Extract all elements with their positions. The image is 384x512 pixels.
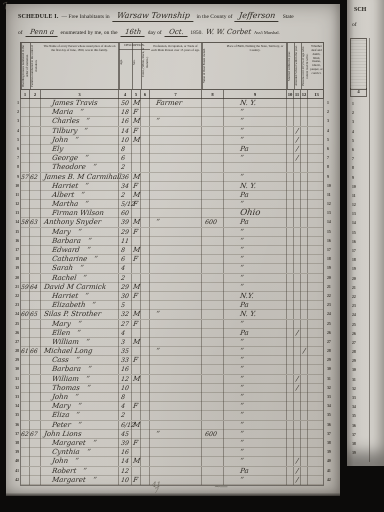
- cell-age: 16: [119, 117, 132, 126]
- table-row: Martha”5/12F”: [21, 200, 323, 209]
- handwritten-entry: ”: [92, 163, 97, 172]
- cell-remarks: [308, 127, 325, 136]
- cell-color: [141, 310, 150, 319]
- handwritten-entry: ”: [239, 274, 244, 283]
- handwritten-entry: M: [132, 117, 140, 126]
- handwritten-entry: Tilbury: [51, 127, 78, 136]
- handwritten-entry: ”: [239, 338, 244, 347]
- cell-dwelling: [21, 476, 30, 485]
- cell-name: Harriet”: [41, 292, 119, 301]
- table-row: Margaret”10F”/: [21, 476, 323, 485]
- handwritten-entry: John Lions: [43, 430, 82, 439]
- handwritten-entry: ”: [77, 421, 82, 430]
- handwritten-entry: ”: [80, 108, 85, 117]
- cell-occupation: [150, 375, 202, 384]
- cell-family: [30, 191, 41, 200]
- cell-real-estate: [202, 264, 224, 273]
- cell-occupation: [150, 439, 202, 448]
- cell-married: [287, 218, 294, 227]
- cell-age: 5/12: [119, 200, 132, 209]
- cell-remarks: [308, 237, 325, 246]
- handwritten-entry: /: [295, 127, 298, 136]
- cell-married: [287, 255, 294, 264]
- cell-dwelling: [21, 402, 30, 411]
- line-number: 14: [327, 218, 338, 227]
- handwritten-entry: 10: [120, 384, 129, 393]
- cell-family: [30, 127, 41, 136]
- cell-cannot-read: [301, 320, 308, 329]
- cell-sex: F: [132, 356, 141, 365]
- handwritten-entry: N. Y.: [239, 182, 256, 191]
- column-number-4: 4: [119, 90, 132, 99]
- cell-remarks: [308, 411, 325, 420]
- column-number-13: 13: [308, 90, 325, 99]
- cell-attended-school: /: [294, 384, 301, 393]
- cell-family: 65: [30, 310, 41, 319]
- cell-sex: [132, 237, 141, 246]
- line-number: 39: [352, 449, 363, 458]
- cell-sex: [132, 467, 141, 476]
- cell-married: [287, 365, 294, 374]
- cell-color: [141, 329, 150, 338]
- cell-age: 29: [119, 228, 132, 237]
- cell-name: John”: [41, 136, 119, 145]
- handwritten-entry: Pa: [239, 218, 249, 227]
- line-number: 4: [327, 127, 338, 136]
- table-row: Cynthia”16”: [21, 448, 323, 457]
- census-table: DESCRIPTION. Dwelling-houses numbered in…: [20, 42, 324, 486]
- line-number: 12: [8, 200, 19, 209]
- handwritten-entry: 4: [120, 264, 125, 273]
- cell-sex: M: [132, 375, 141, 384]
- line-number: 3: [352, 118, 363, 127]
- handwritten-entry: F: [132, 108, 138, 117]
- cell-birthplace: [224, 163, 287, 172]
- table-row: Theodore”2: [21, 163, 323, 172]
- handwritten-entry: ”: [239, 127, 244, 136]
- cell-sex: F: [132, 255, 141, 264]
- table-row: Elizabeth”5Pa: [21, 301, 323, 310]
- cell-birthplace: ”: [224, 136, 287, 145]
- cell-age: 34: [119, 182, 132, 191]
- cell-occupation: [150, 255, 202, 264]
- line-number: 10: [352, 183, 363, 192]
- line-number: 17: [8, 246, 19, 255]
- cell-birthplace: ”: [224, 448, 287, 457]
- handwritten-entry: ”: [155, 310, 160, 319]
- handwritten-entry: ”: [239, 246, 244, 255]
- handwritten-entry: ”: [85, 375, 90, 384]
- cell-sex: M: [132, 246, 141, 255]
- cell-birthplace: Pa: [224, 218, 287, 227]
- table-row: Thomas”10”/: [21, 384, 323, 393]
- cell-married: [287, 448, 294, 457]
- cell-real-estate: [202, 191, 224, 200]
- handwritten-entry: 27: [120, 320, 129, 329]
- handwritten-entry: John: [51, 136, 68, 145]
- cell-sex: [132, 274, 141, 283]
- cell-color: [141, 99, 150, 108]
- cell-name: Firman Wilson: [41, 209, 119, 218]
- cell-name: James Travis: [41, 99, 119, 108]
- handwritten-entry: Pa: [239, 467, 249, 476]
- handwritten-entry: ”: [239, 356, 244, 365]
- handwritten-entry: 34: [120, 182, 129, 191]
- cell-real-estate: [202, 200, 224, 209]
- cell-remarks: [308, 457, 325, 466]
- cell-dwelling: [21, 191, 30, 200]
- cell-cannot-read: [301, 411, 308, 420]
- line-number: 22: [8, 292, 19, 301]
- cell-occupation: [150, 108, 202, 117]
- cell-dwelling: [21, 274, 30, 283]
- cell-name: Tilbury”: [41, 127, 119, 136]
- cell-occupation: [150, 457, 202, 466]
- cell-family: 64: [30, 283, 41, 292]
- cell-cannot-read: [301, 99, 308, 108]
- cell-name: William”: [41, 375, 119, 384]
- cell-cannot-read: [301, 209, 308, 218]
- cell-family: [30, 301, 41, 310]
- cell-age: 33: [119, 356, 132, 365]
- handwritten-entry: ”: [239, 393, 244, 402]
- handwritten-entry: 10: [120, 136, 129, 145]
- line-number: 29: [327, 356, 338, 365]
- cell-dwelling: [21, 136, 30, 145]
- cell-real-estate: [202, 237, 224, 246]
- handwritten-entry: William: [51, 375, 79, 384]
- cell-dwelling: [21, 99, 30, 108]
- handwritten-entry: ”: [75, 356, 80, 365]
- cell-dwelling: [21, 338, 30, 347]
- cell-married: [287, 356, 294, 365]
- cell-real-estate: [202, 393, 224, 402]
- cell-name: Edward”: [41, 246, 119, 255]
- handwritten-entry: 63: [29, 218, 38, 227]
- column-number-row: 12345678910111213: [20, 90, 324, 99]
- line-number: 28: [352, 348, 363, 357]
- cell-sex: F: [132, 127, 141, 136]
- handwritten-entry: /: [295, 136, 298, 145]
- cell-married: [287, 384, 294, 393]
- line-number: 33: [352, 394, 363, 403]
- cell-attended-school: /: [294, 476, 301, 485]
- handwritten-entry: William: [51, 338, 79, 347]
- cell-sex: [132, 411, 141, 420]
- cell-remarks: [308, 338, 325, 347]
- cell-occupation: ”: [150, 218, 202, 227]
- cell-color: [141, 218, 150, 227]
- cell-dwelling: [21, 356, 30, 365]
- line-number: 9: [352, 174, 363, 183]
- line-number: 24: [327, 310, 338, 319]
- cell-married: [287, 329, 294, 338]
- table-row: James Travis50MFarmerN. Y.: [21, 99, 323, 108]
- handwritten-entry: ”: [85, 338, 90, 347]
- handwritten-entry: M: [132, 191, 140, 200]
- line-number: 38: [8, 439, 19, 448]
- handwritten-entry: M: [132, 421, 140, 430]
- line-number: 24: [8, 310, 19, 319]
- cell-name: Barbara”: [41, 237, 119, 246]
- cell-color: [141, 301, 150, 310]
- cell-remarks: [308, 365, 325, 374]
- cell-birthplace: ”: [224, 347, 287, 356]
- handwritten-entry: F: [132, 127, 138, 136]
- cell-color: [141, 448, 150, 457]
- handwritten-entry: /: [295, 467, 298, 476]
- line-number: 27: [352, 339, 363, 348]
- cell-birthplace: ”: [224, 457, 287, 466]
- line-number: 1: [352, 100, 363, 109]
- handwritten-entry: ”: [239, 108, 244, 117]
- handwritten-entry: 2: [120, 191, 125, 200]
- cell-cannot-read: [301, 421, 308, 430]
- cell-age: 2: [119, 163, 132, 172]
- line-number: 12: [352, 201, 363, 210]
- cell-family: [30, 448, 41, 457]
- handwritten-entry: ”: [239, 117, 244, 126]
- line-number: 39: [8, 448, 19, 457]
- cell-attended-school: [294, 237, 301, 246]
- cell-cannot-read: [301, 393, 308, 402]
- handwritten-entry: 39: [120, 218, 129, 227]
- cell-family: [30, 393, 41, 402]
- table-row: Albert”2MPa: [21, 191, 323, 200]
- handwritten-entry: 29: [120, 283, 129, 292]
- cell-dwelling: [21, 255, 30, 264]
- column-header-5: Sex.: [132, 43, 141, 89]
- cell-real-estate: [202, 329, 224, 338]
- line-number: 42: [327, 476, 338, 485]
- table-row: Barbara”11”: [21, 237, 323, 246]
- handwritten-entry: James B. M Carmihall: [43, 173, 122, 182]
- line-number: 14: [352, 219, 363, 228]
- cell-cannot-read: [301, 329, 308, 338]
- cell-real-estate: [202, 411, 224, 420]
- cell-age: 35: [119, 347, 132, 356]
- cell-attended-school: [294, 292, 301, 301]
- cell-cannot-read: [301, 274, 308, 283]
- cell-cannot-read: [301, 117, 308, 126]
- cell-name: Thomas”: [41, 384, 119, 393]
- handwritten-entry: Harriet: [51, 182, 78, 191]
- line-number: 23: [8, 301, 19, 310]
- handwritten-entry: /: [295, 154, 298, 163]
- cell-occupation: [150, 274, 202, 283]
- column-number-6: 6: [141, 90, 150, 99]
- cell-dwelling: [21, 301, 30, 310]
- cell-remarks: [308, 228, 325, 237]
- cell-real-estate: 600: [202, 218, 224, 227]
- cell-dwelling: [21, 411, 30, 420]
- cell-color: [141, 274, 150, 283]
- handwritten-entry: 16: [120, 448, 129, 457]
- cell-family: [30, 99, 41, 108]
- cell-sex: [132, 393, 141, 402]
- cell-name: Margaret”: [41, 476, 119, 485]
- handwritten-entry: 39: [120, 439, 129, 448]
- cell-sex: F: [132, 402, 141, 411]
- cell-family: [30, 439, 41, 448]
- handwritten-entry: N. Y.: [239, 310, 256, 319]
- line-number: 17: [352, 247, 363, 256]
- handwritten-entry: ”: [239, 457, 244, 466]
- cell-birthplace: Pa: [224, 191, 287, 200]
- cell-attended-school: [294, 439, 301, 448]
- line-number: 8: [352, 164, 363, 173]
- line-number: 4: [352, 128, 363, 137]
- line-number: 15: [327, 228, 338, 237]
- cell-family: 62: [30, 173, 41, 182]
- cell-name: James B. M Carmihall: [41, 173, 119, 182]
- column-header-10: Married within the year.: [287, 43, 294, 89]
- table-row: 5863Anthony Snyder39M”600Pa: [21, 218, 323, 227]
- handwritten-entry: 45: [120, 430, 129, 439]
- cell-remarks: [308, 430, 325, 439]
- cell-married: [287, 320, 294, 329]
- cell-birthplace: N. Y.: [224, 182, 287, 191]
- cell-cannot-read: [301, 467, 308, 476]
- cell-sex: F: [132, 320, 141, 329]
- cell-married: [287, 393, 294, 402]
- cell-age: 6: [119, 255, 132, 264]
- cell-occupation: [150, 411, 202, 420]
- cell-real-estate: 600: [202, 430, 224, 439]
- cell-name: Mary”: [41, 402, 119, 411]
- cell-cannot-read: [301, 145, 308, 154]
- cell-name: Albert”: [41, 191, 119, 200]
- handwritten-entry: ”: [239, 476, 244, 485]
- cell-remarks: [308, 347, 325, 356]
- line-number: 11: [8, 191, 19, 200]
- handwritten-entry: ”: [83, 467, 88, 476]
- handwritten-entry: Farmer: [155, 99, 182, 108]
- cell-color: [141, 154, 150, 163]
- cell-cannot-read: [301, 246, 308, 255]
- handwritten-entry: ”: [239, 439, 244, 448]
- handwritten-entry: F: [132, 402, 138, 411]
- cell-attended-school: [294, 320, 301, 329]
- cell-dwelling: [21, 365, 30, 374]
- cell-color: [141, 356, 150, 365]
- handwritten-entry: Anthony Snyder: [43, 218, 101, 227]
- cell-married: [287, 439, 294, 448]
- cell-color: [141, 283, 150, 292]
- table-row: Robert”12Pa/: [21, 467, 323, 476]
- cell-birthplace: ”: [224, 264, 287, 273]
- handwritten-entry: John: [51, 393, 68, 402]
- cell-birthplace: ”: [224, 402, 287, 411]
- cell-married: [287, 182, 294, 191]
- line-number: 4: [8, 127, 19, 136]
- cell-name: Martha”: [41, 200, 119, 209]
- cell-cannot-read: [301, 283, 308, 292]
- right-line-numbers: 1234567891011121314151617181920212223242…: [327, 99, 338, 485]
- cell-birthplace: Pa: [224, 145, 287, 154]
- cell-real-estate: [202, 439, 224, 448]
- cell-birthplace: ”: [224, 108, 287, 117]
- column-header-3: The Name of every Person whose usual pla…: [41, 43, 119, 89]
- table-row: Sarah”4”: [21, 264, 323, 273]
- cell-name: Ely: [41, 145, 119, 154]
- cell-birthplace: ”: [224, 338, 287, 347]
- line-number: 19: [352, 265, 363, 274]
- line-number: 39: [327, 448, 338, 457]
- line-number: 35: [8, 411, 19, 420]
- line-number: 36: [8, 421, 19, 430]
- cell-sex: [132, 430, 141, 439]
- table-row: 6166Michael Long35””/: [21, 347, 323, 356]
- line-number: 9: [8, 173, 19, 182]
- cell-married: [287, 264, 294, 273]
- line-number: 5: [352, 137, 363, 146]
- handwritten-entry: F: [132, 439, 138, 448]
- cell-dwelling: [21, 108, 30, 117]
- handwritten-entry: ”: [94, 255, 99, 264]
- line-number: 29: [8, 356, 19, 365]
- line-number: 13: [8, 209, 19, 218]
- handwritten-entry: ”: [92, 301, 97, 310]
- line-number: 35: [327, 411, 338, 420]
- column-number-2: 2: [30, 90, 41, 99]
- cell-real-estate: [202, 467, 224, 476]
- line-number: 5: [327, 136, 338, 145]
- line-number: 29: [352, 357, 363, 366]
- cell-married: [287, 274, 294, 283]
- cell-real-estate: [202, 375, 224, 384]
- cell-real-estate: [202, 448, 224, 457]
- line-number: 31: [352, 376, 363, 385]
- cell-married: [287, 292, 294, 301]
- line-number: 23: [327, 301, 338, 310]
- cell-attended-school: [294, 421, 301, 430]
- cell-real-estate: [202, 246, 224, 255]
- cell-birthplace: ”: [224, 411, 287, 420]
- handwritten-entry: M: [132, 218, 140, 227]
- cell-color: [141, 384, 150, 393]
- cell-remarks: [308, 356, 325, 365]
- cell-married: [287, 457, 294, 466]
- cell-attended-school: [294, 393, 301, 402]
- cell-name: Elizabeth”: [41, 301, 119, 310]
- handwritten-entry: ”: [85, 292, 90, 301]
- cell-family: [30, 108, 41, 117]
- cell-remarks: [308, 182, 325, 191]
- cell-color: [141, 136, 150, 145]
- cell-sex: [132, 329, 141, 338]
- cell-age: 16: [119, 365, 132, 374]
- cell-remarks: [308, 375, 325, 384]
- adjacent-column-rule: [369, 38, 370, 462]
- cell-occupation: [150, 292, 202, 301]
- cell-birthplace: ”: [224, 421, 287, 430]
- handwritten-entry: Rachel: [51, 274, 77, 283]
- handwritten-entry: ”: [239, 448, 244, 457]
- cell-color: [141, 200, 150, 209]
- cell-age: 32: [119, 310, 132, 319]
- cell-married: [287, 430, 294, 439]
- cell-married: [287, 127, 294, 136]
- handwritten-entry: Mary: [51, 320, 71, 329]
- cell-cannot-read: [301, 292, 308, 301]
- line-number: 35: [352, 412, 363, 421]
- cell-age: 60: [119, 209, 132, 218]
- cell-remarks: [308, 292, 325, 301]
- handwritten-entry: ”: [81, 191, 86, 200]
- cell-color: [141, 191, 150, 200]
- line-number: 2: [327, 108, 338, 117]
